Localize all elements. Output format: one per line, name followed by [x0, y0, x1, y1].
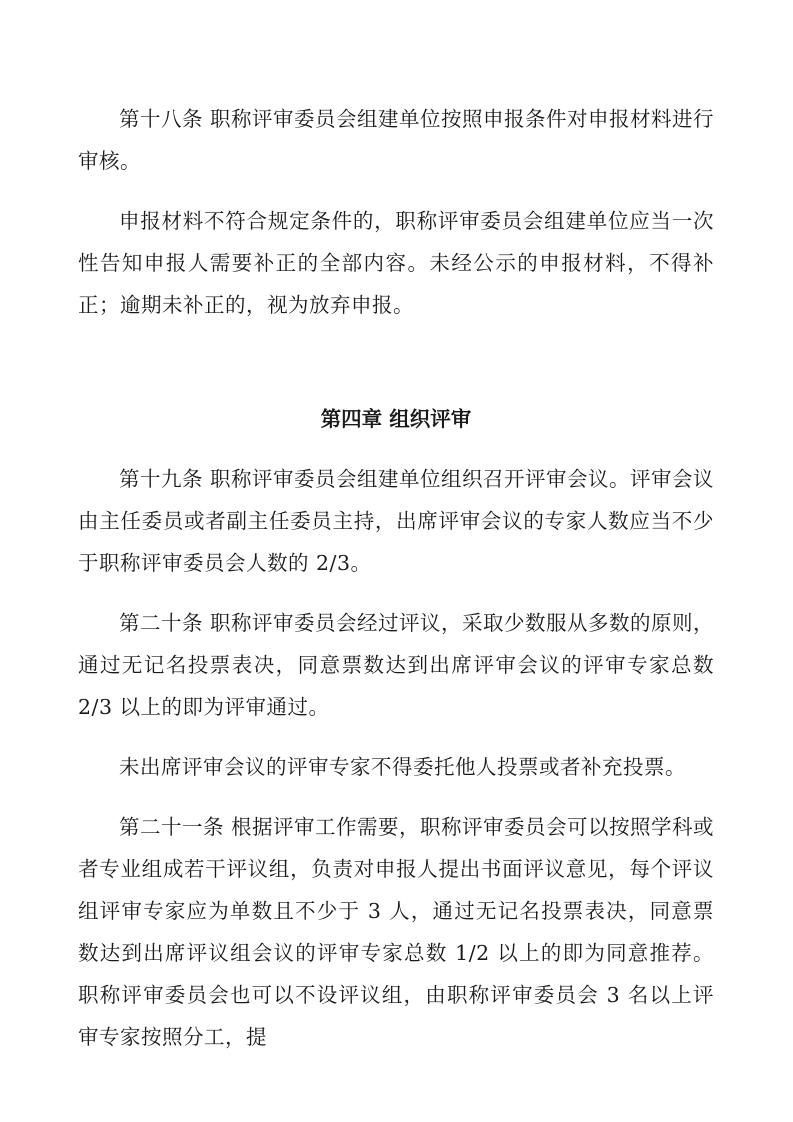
- chapter-title: 第四章 组织评审: [78, 398, 714, 440]
- article-21-paragraph: 第二十一条 根据评审工作需要，职称评审委员会可以按照学科或者专业组成若干评议组，…: [78, 806, 714, 1058]
- paragraph-gap: [78, 584, 714, 602]
- article-20-supplement-paragraph: 未出席评审会议的评审专家不得委托他人投票或者补充投票。: [78, 746, 714, 788]
- paragraph-gap: [78, 788, 714, 806]
- article-18-paragraph: 第十八条 职称评审委员会组建单位按照申报条件对申报材料进行审核。: [78, 98, 714, 182]
- article-20-paragraph: 第二十条 职称评审委员会经过评议，采取少数服从多数的原则，通过无记名投票表决，同…: [78, 602, 714, 728]
- article-19-paragraph: 第十九条 职称评审委员会组建单位组织召开评审会议。评审会议由主任委员或者副主任委…: [78, 458, 714, 584]
- paragraph-gap: [78, 182, 714, 200]
- article-18-supplement-paragraph: 申报材料不符合规定条件的，职称评审委员会组建单位应当一次性告知申报人需要补正的全…: [78, 200, 714, 326]
- document-page: 第十八条 职称评审委员会组建单位按照申报条件对申报材料进行审核。 申报材料不符合…: [78, 98, 714, 1058]
- section-gap: [78, 326, 714, 398]
- paragraph-gap: [78, 440, 714, 458]
- paragraph-gap: [78, 728, 714, 746]
